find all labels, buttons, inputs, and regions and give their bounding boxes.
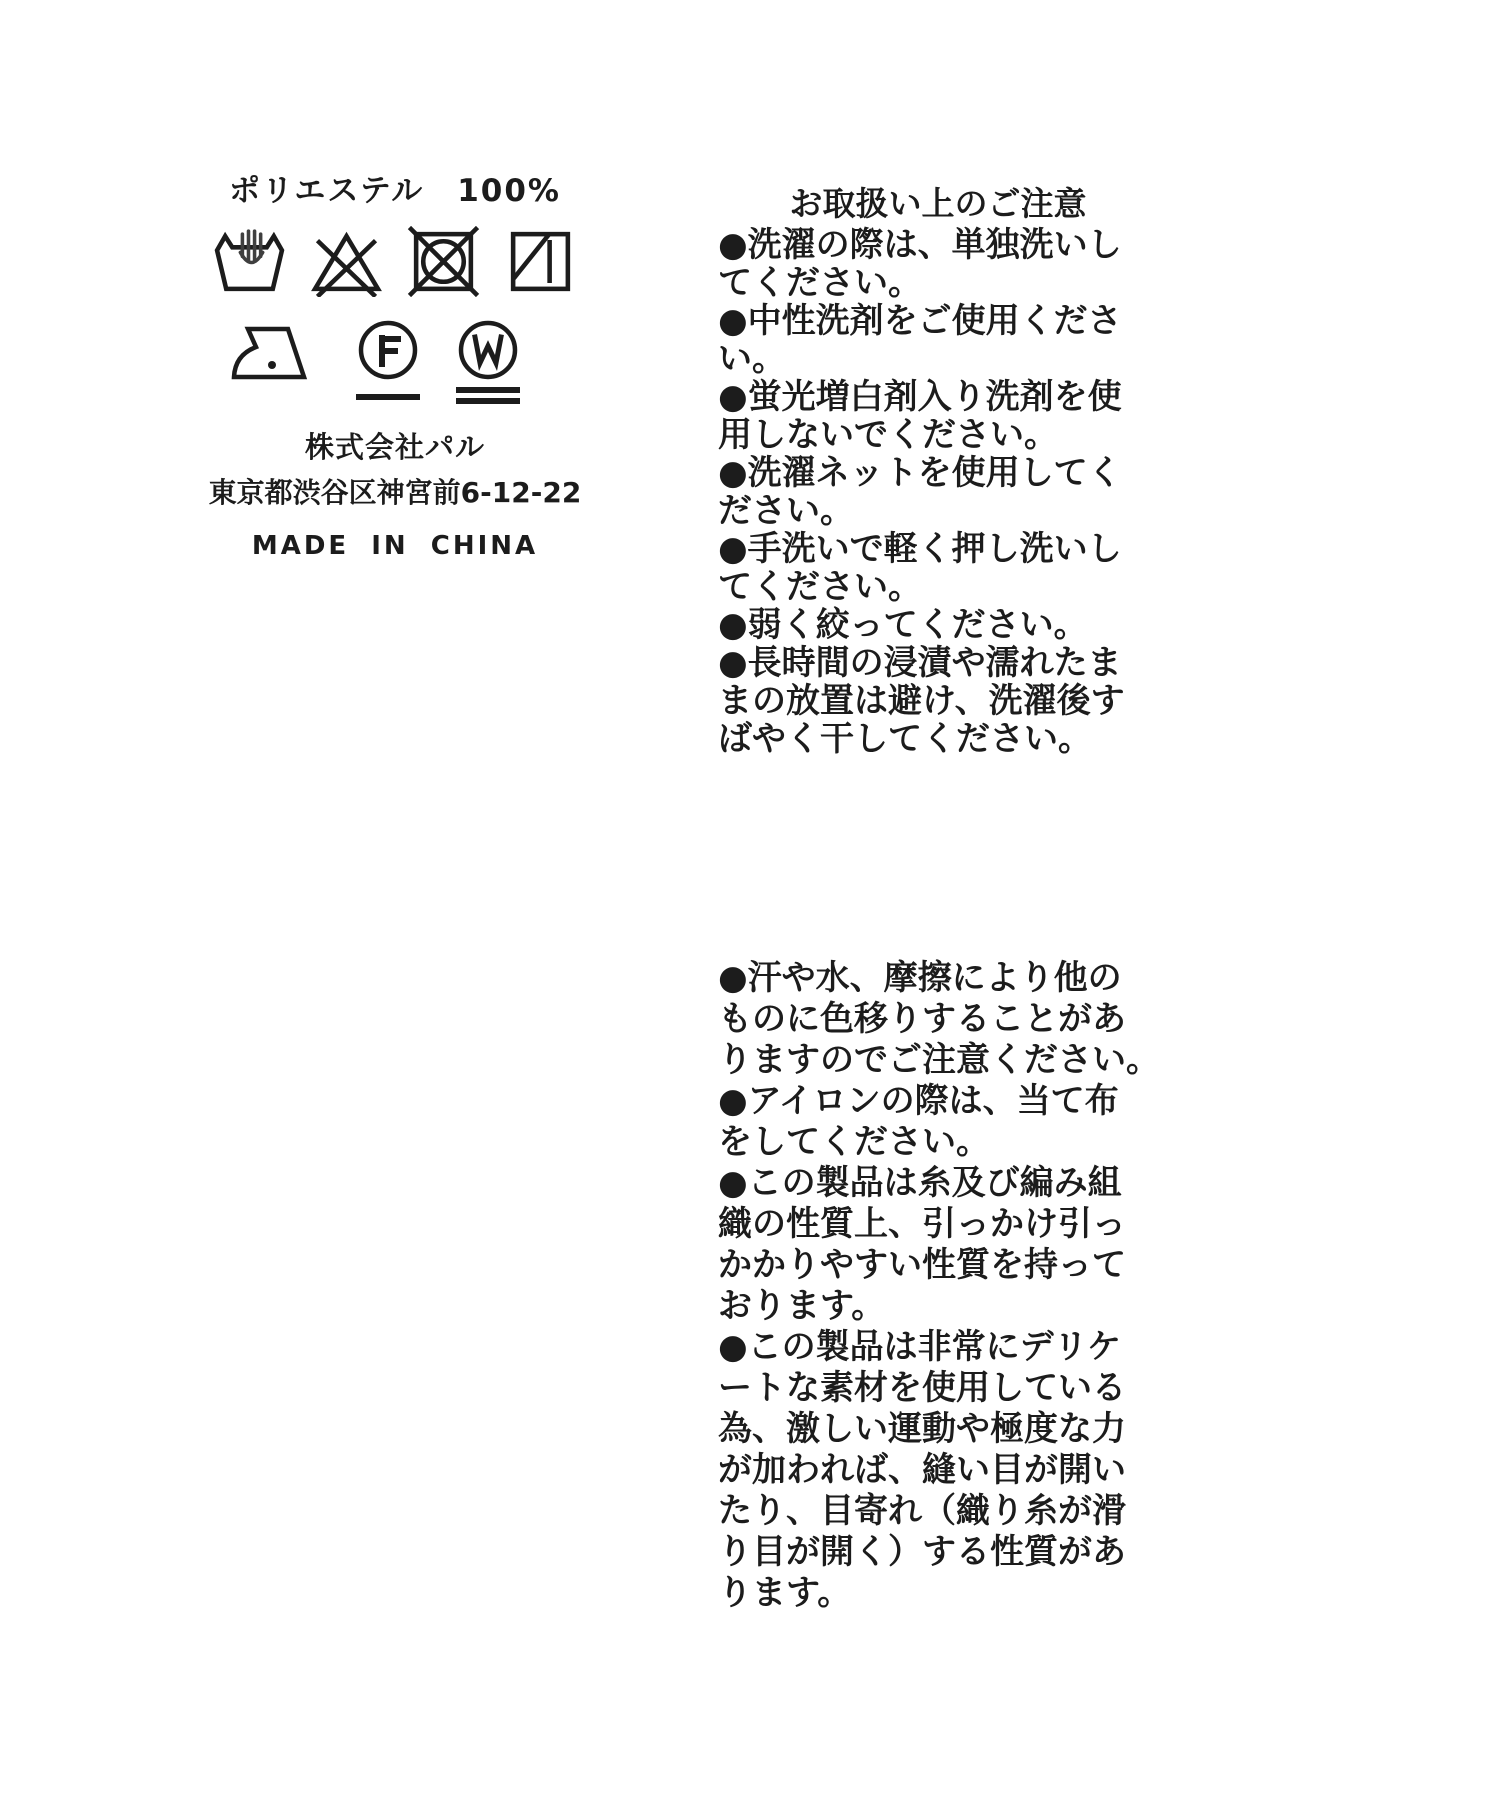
- care-instructions-title: お取扱い上のご注意: [718, 185, 1158, 223]
- care-text-line: 織の性質上、引っかけ引っ: [718, 1204, 1158, 1245]
- do-not-bleach-icon: [309, 226, 384, 297]
- care-text-line: ●この製品は糸及び編み組: [718, 1163, 1158, 1204]
- care-text-line: ●弱く絞ってください。: [718, 606, 1158, 644]
- care-text-line: ●洗濯の際は、単独洗いし: [718, 226, 1158, 264]
- care-text-line: ●蛍光増白剤入り洗剤を使: [718, 378, 1158, 416]
- care-text-line: り目が開く）する性質があ: [718, 1532, 1158, 1573]
- care-instructions-column: お取扱い上のご注意 ●洗濯の際は、単独洗いしてください。●中性洗剤をご使用くださ…: [718, 185, 1158, 1614]
- do-not-tumble-dry-icon: [406, 226, 481, 297]
- care-text-line: ものに色移りすることがあ: [718, 999, 1158, 1040]
- care-symbols-row-2: [170, 317, 620, 409]
- care-text-line: ります。: [718, 1573, 1158, 1614]
- care-text-line: ●長時間の浸漬や濡れたま: [718, 644, 1158, 682]
- care-text-line: ートな素材を使用している: [718, 1368, 1158, 1409]
- care-label-left-column: ポリエステル 100%: [170, 165, 620, 561]
- care-text-line: ●この製品は非常にデリケ: [718, 1327, 1158, 1368]
- care-text-line: ●中性洗剤をご使用くださ: [718, 302, 1158, 340]
- material-composition: ポリエステル 100%: [170, 165, 620, 210]
- care-text-line: りますのでご注意ください。: [718, 1040, 1158, 1081]
- manufacturer-block: 株式会社パル 東京都渋谷区神宮前6-12-22 MADE IN CHINA: [170, 425, 620, 561]
- company-address: 東京都渋谷区神宮前6-12-22: [170, 471, 620, 511]
- care-text-line: かかりやすい性質を持って: [718, 1245, 1158, 1286]
- care-text-line: が加われば、縫い目が開い: [718, 1450, 1158, 1491]
- care-text-line: ●洗濯ネットを使用してく: [718, 454, 1158, 492]
- care-text-line: おります。: [718, 1286, 1158, 1327]
- iron-low-heat-icon: [228, 317, 324, 393]
- care-instructions-block-1: ●洗濯の際は、単独洗いしてください。●中性洗剤をご使用ください。●蛍光増白剤入り…: [718, 226, 1158, 758]
- care-text-line: 用しないでください。: [718, 416, 1158, 454]
- care-text-line: てください。: [718, 264, 1158, 302]
- company-name: 株式会社パル: [170, 425, 620, 466]
- care-text-line: ●汗や水、摩擦により他の: [718, 958, 1158, 999]
- care-text-line: ●手洗いで軽く押し洗いし: [718, 530, 1158, 568]
- care-text-line: たり、目寄れ（織り糸が滑: [718, 1491, 1158, 1532]
- dry-clean-f-gentle-icon: [352, 317, 424, 409]
- care-text-line: ださい。: [718, 492, 1158, 530]
- care-text-line: 為、激しい運動や極度な力: [718, 1409, 1158, 1450]
- handwash-icon: [212, 226, 287, 297]
- care-text-line: い。: [718, 340, 1158, 378]
- care-text-line: をしてください。: [718, 1122, 1158, 1163]
- line-dry-in-shade-icon: [503, 226, 578, 297]
- care-symbols-row-1: [170, 226, 620, 297]
- care-text-line: まの放置は避け、洗濯後す: [718, 682, 1158, 720]
- garment-care-label-page: { "page": { "background_color": "#ffffff…: [0, 0, 1500, 1800]
- care-text-line: ばやく干してください。: [718, 720, 1158, 758]
- care-text-line: ●アイロンの際は、当て布: [718, 1081, 1158, 1122]
- care-text-line: てください。: [718, 568, 1158, 606]
- wet-clean-w-very-gentle-icon: [452, 317, 524, 409]
- care-instructions-block-2: ●汗や水、摩擦により他のものに色移りすることがありますのでご注意ください。●アイ…: [718, 958, 1158, 1614]
- country-of-origin: MADE IN CHINA: [170, 531, 620, 561]
